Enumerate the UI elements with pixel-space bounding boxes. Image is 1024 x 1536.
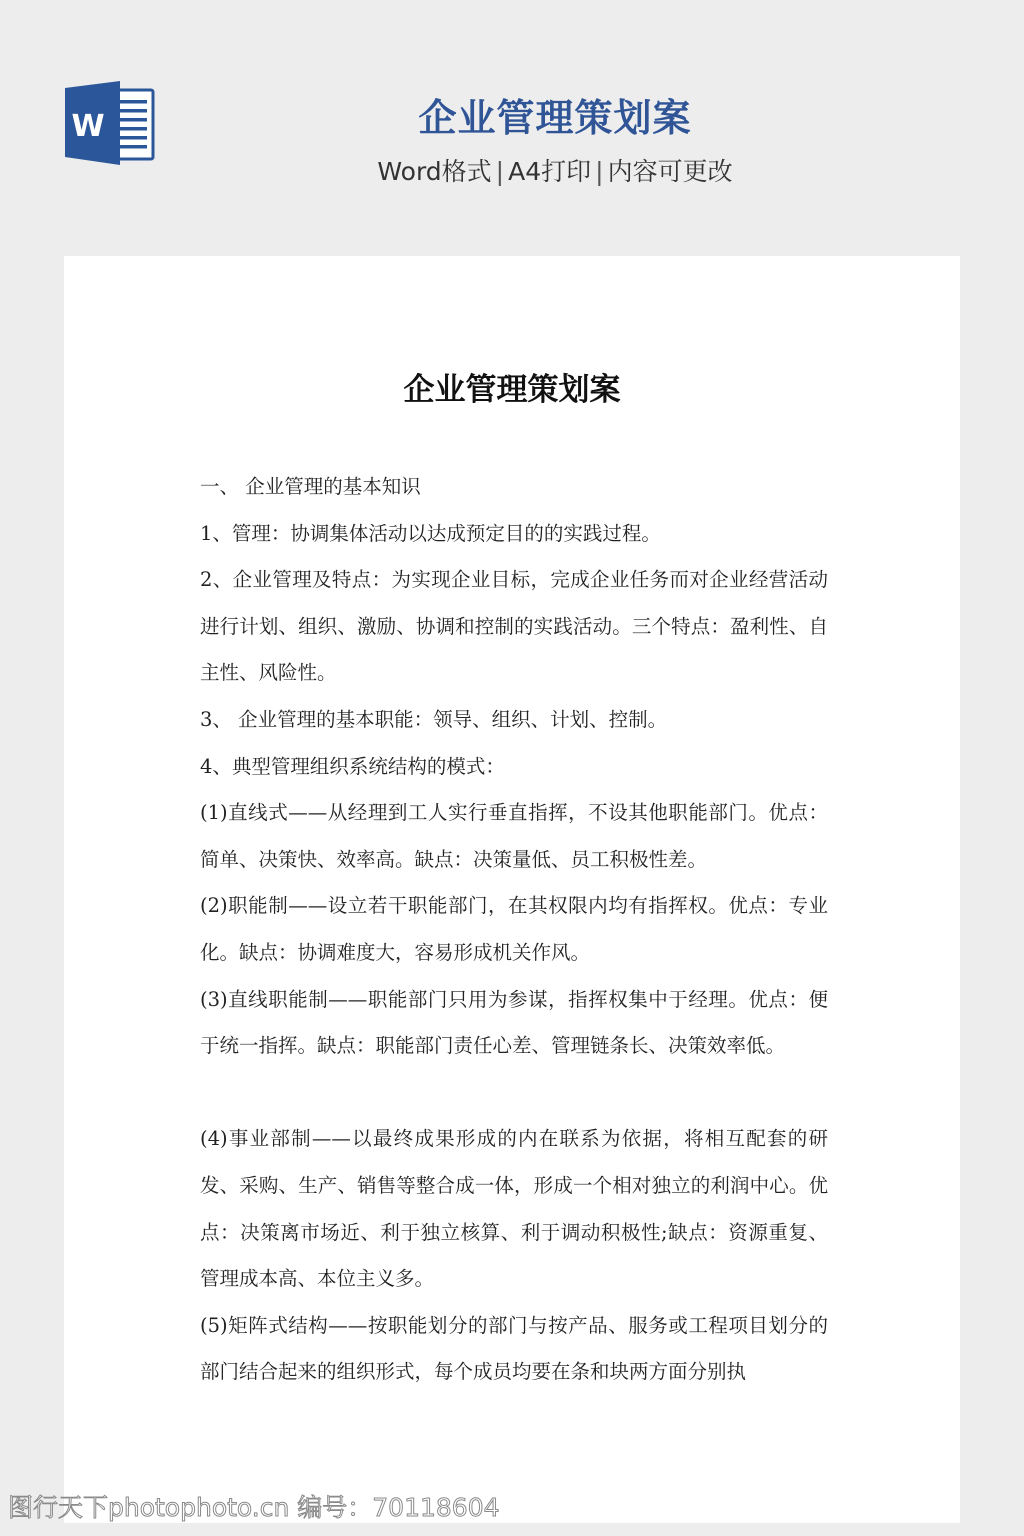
paragraph: 1、管理：协调集体活动以达成预定目的的实践过程。 bbox=[200, 511, 828, 558]
paragraph: (3)直线职能制——职能部门只用为参谋，指挥权集中于经理。优点：便于统一指挥。缺… bbox=[200, 977, 828, 1070]
subtitle-editable: 内容可更改 bbox=[608, 157, 733, 186]
subtitle-separator: | bbox=[591, 157, 607, 186]
paragraph: 2、企业管理及特点：为实现企业目标，完成企业任务而对企业经营活动进行计划、组织、… bbox=[200, 557, 828, 697]
header-title: 企业管理策划案 bbox=[320, 92, 790, 144]
section-heading: 一、 企业管理的基本知识 bbox=[200, 464, 828, 511]
subtitle-separator: | bbox=[492, 157, 508, 186]
document-body: 一、 企业管理的基本知识 1、管理：协调集体活动以达成预定目的的实践过程。 2、… bbox=[200, 464, 828, 1396]
paragraph: (1)直线式——从经理到工人实行垂直指挥，不设其他职能部门。优点：简单、决策快、… bbox=[200, 790, 828, 883]
paragraph: (5)矩阵式结构——按职能划分的部门与按产品、服务或工程项目划分的部门结合起来的… bbox=[200, 1303, 828, 1396]
watermark: 图行天下photophoto.cn 编号：70118604 bbox=[8, 1493, 500, 1523]
header-subtitle: Word格式|A4打印|内容可更改 bbox=[320, 152, 790, 192]
subtitle-format: Word格式 bbox=[377, 157, 491, 186]
paragraph: (2)职能制——设立若干职能部门，在其权限内均有指挥权。优点：专业化。缺点：协调… bbox=[200, 883, 828, 976]
paragraph: 3、 企业管理的基本职能：领导、组织、计划、控制。 bbox=[200, 697, 828, 744]
document-title: 企业管理策划案 bbox=[64, 368, 960, 412]
paragraph: 4、典型管理组织系统结构的模式： bbox=[200, 744, 828, 791]
word-document-icon: W bbox=[64, 81, 156, 165]
subtitle-print: A4打印 bbox=[508, 157, 591, 186]
svg-text:W: W bbox=[71, 109, 104, 144]
paragraph: (4)事业部制——以最终成果形成的内在联系为依据，将相互配套的研发、采购、生产、… bbox=[200, 1116, 828, 1302]
document-page: 企业管理策划案 一、 企业管理的基本知识 1、管理：协调集体活动以达成预定目的的… bbox=[64, 256, 960, 1523]
